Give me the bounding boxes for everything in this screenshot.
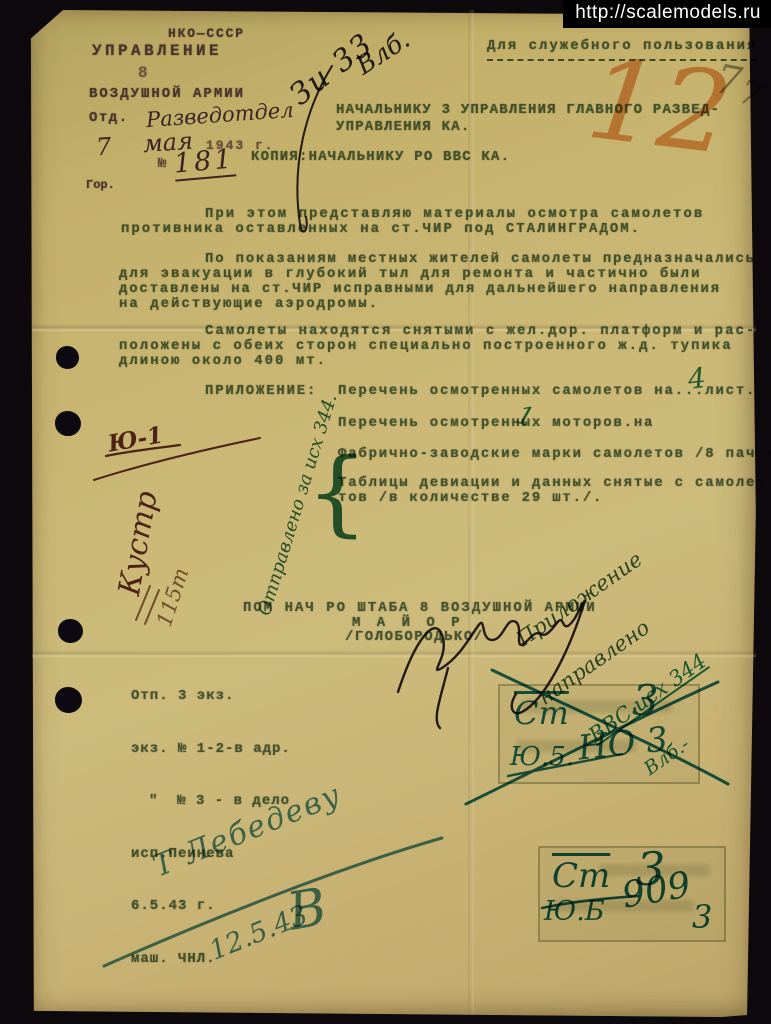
letterhead-org-line2: УПРАВЛЕНИЕ — [92, 42, 222, 60]
letterhead-city-label: Гор. — [86, 178, 115, 192]
scanned-document: НКО—СССР УПРАВЛЕНИЕ 8 ВОЗДУШНОЙ АРМИИ От… — [0, 0, 771, 1024]
attachment-item-3: Фабрично-заводские марки самолетов /8 па… — [338, 446, 771, 462]
body-paragraph3-line2: положены с обеих сторон специально постр… — [119, 338, 733, 354]
watermark-url: http://scalemodels.ru — [563, 0, 771, 28]
stamp-crossed-left: Ю.5. — [510, 742, 574, 772]
body-paragraph2-line1: По показаниям местных жителей самолеты п… — [205, 251, 756, 267]
production-note-line: экз. № 1-2-в адр. — [131, 741, 291, 759]
body-paragraph3-line3: длиною около 400 мт. — [119, 353, 327, 369]
letterhead-org-line4: ВОЗДУШНОЙ АРМИИ — [89, 86, 245, 102]
recipient-line1: НАЧАЛЬНИКУ 3 УПРАВЛЕНИЯ ГЛАВНОГО РАЗВЕД- — [336, 102, 720, 118]
attachment-item-4-line2: тов /в количестве 29 шт./. — [338, 490, 603, 506]
attachment-item-2: Перечень осмотренных моторов.на — [338, 415, 654, 431]
punch-hole — [55, 687, 82, 713]
stamp-copy-num: 3 — [692, 898, 712, 936]
attachment-item-4-line1: Таблицы девиации и данных снятые с самол… — [338, 475, 766, 491]
signature-name: /ГОЛОБОРОДЬКО/ — [345, 629, 484, 645]
body-paragraph2-line4: на действующие аэродромы. — [119, 296, 379, 312]
letterhead-org-line3: 8 — [138, 64, 148, 82]
stamp-word: Ст — [552, 856, 610, 896]
body-paragraph2-line2: для эвакуации в глубокий тыл для ремонта… — [119, 266, 701, 282]
attachment-1-handwritten-count: 4 — [686, 361, 707, 396]
attachment-label: ПРИЛОЖЕНИЕ: — [205, 383, 317, 399]
body-paragraph1-line2: противника оставленных на ст.ЧИР под СТА… — [121, 221, 641, 237]
letterhead-number-sign: № — [158, 156, 166, 172]
production-note-line: Отп. 3 экз. — [131, 688, 291, 706]
letterhead-dept-label: Отд. — [89, 110, 129, 126]
punch-hole — [55, 411, 81, 436]
recipient-line2: УПРАВЛЕНИЯ КА. — [336, 119, 470, 135]
letterhead-number-handwritten: 181 — [173, 143, 236, 181]
recipient-copy-line: КОПИЯ:НАЧАЛЬНИКУ РО ВВС КА. — [251, 149, 510, 165]
body-paragraph1-line1: При этом представляю материалы осмотра с… — [205, 206, 704, 222]
punch-hole — [58, 619, 83, 643]
stamp-crossed-word: Ст — [514, 694, 569, 732]
body-paragraph2-line3: доставлены на ст.ЧИР исправными для даль… — [119, 281, 721, 297]
punch-hole — [56, 346, 79, 369]
signature-title: ПОМ НАЧ РО ШТАБА 8 ВОЗДУШНОЙ АРМИИ — [243, 600, 597, 616]
stamp-left: Ю.Б — [544, 896, 605, 927]
body-paragraph3-line1: Самолеты находятся снятыми с жел.дор. пл… — [205, 323, 756, 339]
letterhead-org-line1: НКО—СССР — [168, 26, 245, 41]
stamp-crossed-num: 3 — [632, 676, 659, 725]
